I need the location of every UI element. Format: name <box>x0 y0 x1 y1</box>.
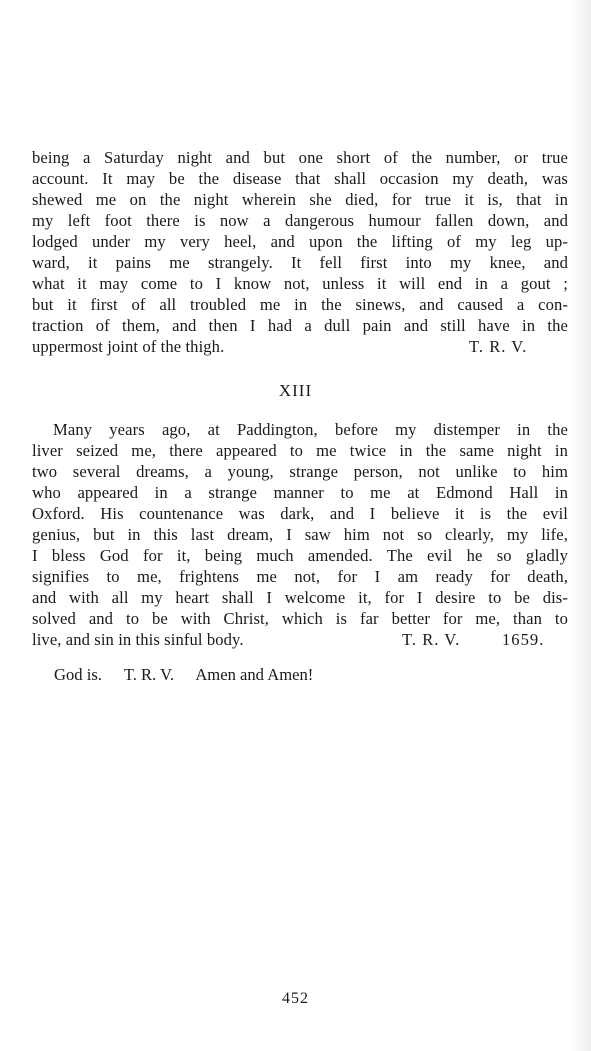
closing-part-1: God is. <box>54 665 102 684</box>
book-page: being a Saturday night and but one short… <box>0 0 591 1051</box>
text-line: traction of them, and then I had a dull … <box>32 315 568 336</box>
text-line: what it may come to I know not, unless i… <box>32 273 568 294</box>
text-line: lodged under my very heel, and upon the … <box>32 231 568 252</box>
signature: T. R. V. <box>469 336 527 357</box>
text-line: I bless God for it, being much amended. … <box>32 545 568 566</box>
text-line-content: uppermost joint of the thigh. <box>32 337 224 356</box>
continuation-paragraph: being a Saturday night and but one short… <box>32 147 568 357</box>
text-line: but it first of all troubled me in the s… <box>32 294 568 315</box>
closing-part-3: Amen and Amen! <box>195 665 313 684</box>
page-number: 452 <box>0 990 591 1008</box>
text-line: liver seized me, there appeared to me tw… <box>32 440 568 461</box>
text-line: ward, it pains me strangely. It fell fir… <box>32 252 568 273</box>
text-line-last: live, and sin in this sinful body. T. R.… <box>32 629 568 650</box>
text-line: being a Saturday night and but one short… <box>32 147 568 168</box>
closing-part-2: T. R. V. <box>124 665 174 684</box>
text-line: who appeared in a strange manner to me a… <box>32 482 568 503</box>
section-heading: XIII <box>0 381 591 401</box>
text-line: solved and to be with Christ, which is f… <box>32 608 568 629</box>
text-line: Oxford. His countenance was dark, and I … <box>32 503 568 524</box>
text-line: account. It may be the disease that shal… <box>32 168 568 189</box>
text-line-content: live, and sin in this sinful body. <box>32 630 244 649</box>
text-line: and with all my heart shall I welcome it… <box>32 587 568 608</box>
page-edge-shadow <box>569 0 591 1051</box>
text-line: shewed me on the night wherein she died,… <box>32 189 568 210</box>
text-line: two several dreams, a young, strange per… <box>32 461 568 482</box>
section-paragraph: Many years ago, at Paddington, before my… <box>32 419 568 650</box>
signature: T. R. V. <box>402 629 460 650</box>
text-line: signifies to me, frightens me not, for I… <box>32 566 568 587</box>
closing-line: God is. T. R. V. Amen and Amen! <box>54 664 331 685</box>
text-line-indented: Many years ago, at Paddington, before my… <box>32 419 568 440</box>
text-line: genius, but in this last dream, I saw hi… <box>32 524 568 545</box>
signature-year: 1659. <box>502 629 544 650</box>
text-line: my left foot there is now a dangerous hu… <box>32 210 568 231</box>
text-line-last: uppermost joint of the thigh. T. R. V. <box>32 336 568 357</box>
